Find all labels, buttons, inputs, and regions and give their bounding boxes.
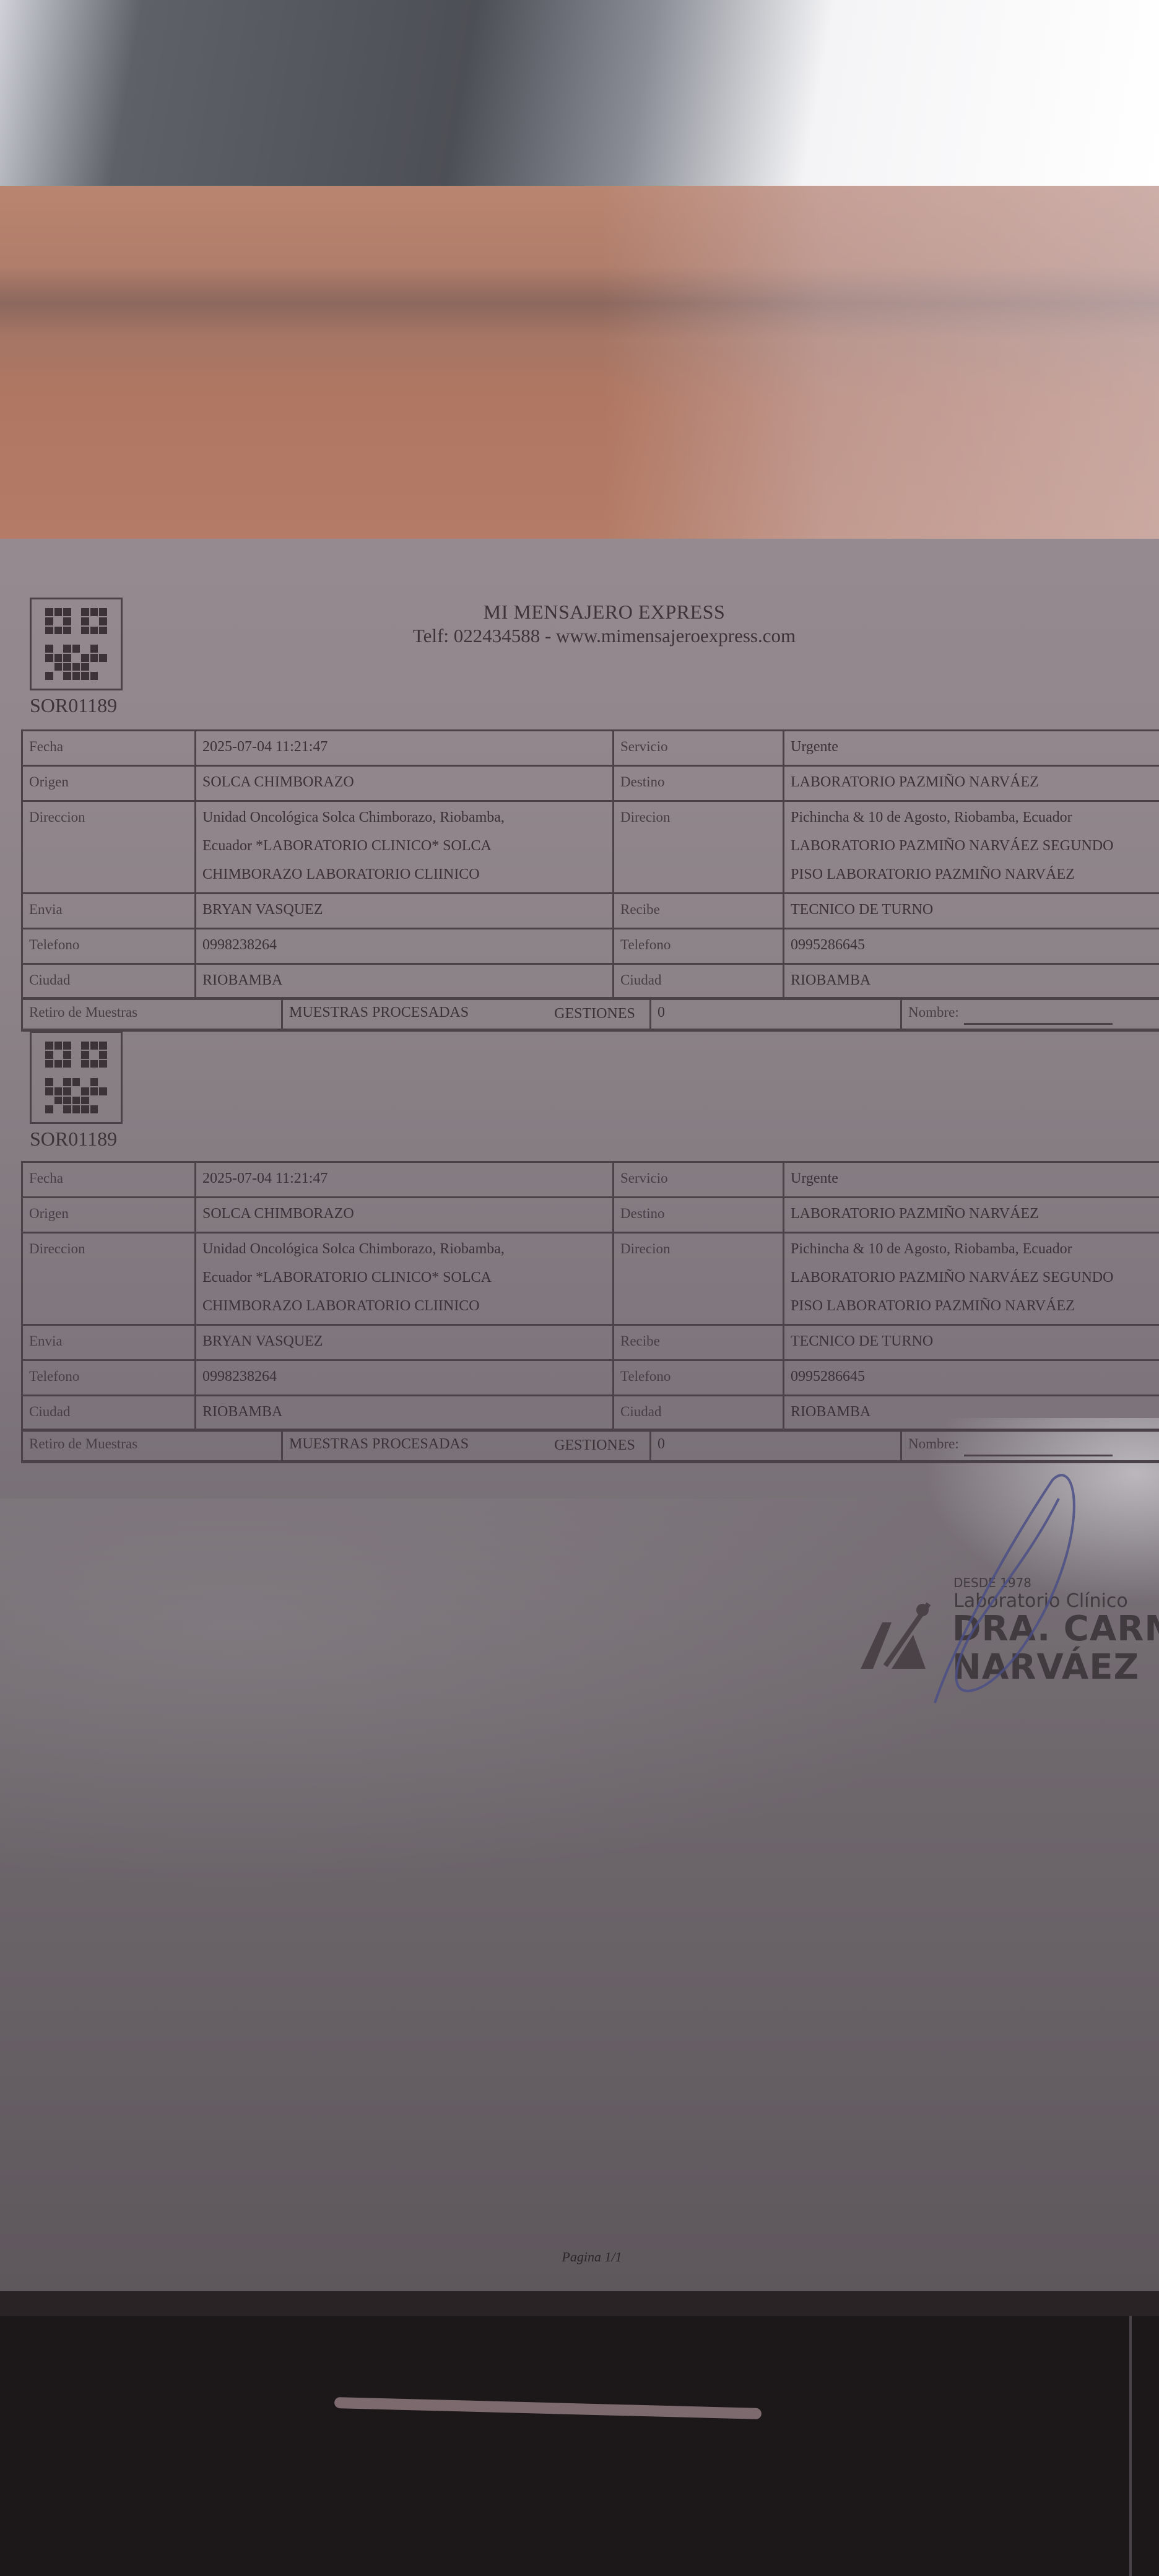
address-line: Ecuador *LABORATORIO CLINICO* SOLCA	[202, 1263, 606, 1292]
fecha-value: 2025-07-04 11:21:47	[196, 1162, 614, 1198]
ciudad-origen-label: Ciudad	[22, 964, 196, 999]
ciudad-origen-label: Ciudad	[22, 1396, 196, 1431]
nombre-label: Nombre:	[908, 1004, 959, 1020]
photo-background-surface	[0, 186, 1159, 545]
table-row: Fecha 2025-07-04 11:21:47 Servicio Urgen…	[22, 1162, 1159, 1198]
company-contact: Telf: 022434588 - www.mimensajeroexpress…	[0, 625, 1159, 647]
telefono-destino-value: 0995286645	[784, 1360, 1159, 1396]
laboratory-logo-icon	[854, 1598, 941, 1672]
direccion-destino-label: Direcion	[614, 801, 784, 894]
ciudad-origen-value: RIOBAMBA	[196, 964, 614, 999]
gestion-cantidad: 0	[651, 1430, 901, 1461]
table-row: Origen SOLCA CHIMBORAZO Destino LABORATO…	[22, 1198, 1159, 1233]
gestion-detalle: MUESTRAS PROCESADAS	[282, 1430, 651, 1461]
shipment-table-2: Fecha 2025-07-04 11:21:47 Servicio Urgen…	[21, 1161, 1159, 1463]
address-line: PISO LABORATORIO PAZMIÑO NARVÁEZ	[791, 1292, 1159, 1320]
address-line: Pichincha & 10 de Agosto, Riobamba, Ecua…	[791, 1235, 1159, 1263]
address-line: PISO LABORATORIO PAZMIÑO NARVÁEZ	[791, 860, 1159, 889]
nombre-label: Nombre:	[908, 1436, 959, 1451]
recibe-label: Recibe	[614, 1325, 784, 1360]
table-row: Fecha 2025-07-04 11:21:47 Servicio Urgen…	[22, 731, 1159, 766]
address-line: Unidad Oncológica Solca Chimborazo, Riob…	[202, 1235, 606, 1263]
qr-code-icon	[45, 1042, 107, 1113]
ciudad-destino-label: Ciudad	[614, 964, 784, 999]
ciudad-destino-value: RIOBAMBA	[784, 1396, 1159, 1431]
origen-value: SOLCA CHIMBORAZO	[196, 766, 614, 801]
servicio-label: Servicio	[614, 1162, 784, 1198]
direccion-destino-value: Pichincha & 10 de Agosto, Riobamba, Ecua…	[784, 801, 1159, 894]
direccion-origen-label: Direccion	[22, 801, 196, 894]
servicio-label: Servicio	[614, 731, 784, 766]
direccion-destino-value: Pichincha & 10 de Agosto, Riobamba, Ecua…	[784, 1233, 1159, 1325]
servicio-value: Urgente	[784, 1162, 1159, 1198]
address-line: Pichincha & 10 de Agosto, Riobamba, Ecua…	[791, 803, 1159, 832]
address-line: Unidad Oncológica Solca Chimborazo, Riob…	[202, 803, 606, 832]
table-row: Ciudad RIOBAMBA Ciudad RIOBAMBA	[22, 1396, 1159, 1431]
shipment-table-1: Fecha 2025-07-04 11:21:47 Servicio Urgen…	[21, 729, 1159, 1032]
origen-label: Origen	[22, 766, 196, 801]
destino-label: Destino	[614, 1198, 784, 1233]
company-name: MI MENSAJERO EXPRESS	[0, 601, 1159, 624]
direccion-origen-value: Unidad Oncológica Solca Chimborazo, Riob…	[196, 801, 614, 894]
qr-code-frame	[30, 1031, 123, 1124]
recibe-label: Recibe	[614, 894, 784, 929]
qr-block-1: SOR01189	[30, 598, 129, 717]
origen-value: SOLCA CHIMBORAZO	[196, 1198, 614, 1233]
bezel-edge	[1129, 2316, 1132, 2576]
table-row: Telefono 0998238264 Telefono 0995286645	[22, 1360, 1159, 1396]
envia-label: Envia	[22, 894, 196, 929]
ciudad-destino-value: RIOBAMBA	[784, 964, 1159, 999]
fecha-value: 2025-07-04 11:21:47	[196, 731, 614, 766]
table-row: Ciudad RIOBAMBA Ciudad RIOBAMBA	[22, 964, 1159, 999]
document-header: MI MENSAJERO EXPRESS Telf: 022434588 - w…	[0, 601, 1159, 647]
address-line: LABORATORIO PAZMIÑO NARVÁEZ SEGUNDO	[791, 832, 1159, 860]
envia-value: BRYAN VASQUEZ	[196, 1325, 614, 1360]
address-line: CHIMBORAZO LABORATORIO CLIINICO	[202, 1292, 606, 1320]
ciudad-origen-value: RIOBAMBA	[196, 1396, 614, 1431]
address-line: Ecuador *LABORATORIO CLINICO* SOLCA	[202, 832, 606, 860]
nombre-field: Nombre:	[901, 1430, 1159, 1461]
photo-background-top	[0, 0, 1159, 198]
ciudad-destino-label: Ciudad	[614, 1396, 784, 1431]
envia-value: BRYAN VASQUEZ	[196, 894, 614, 929]
qr-block-2: SOR01189	[30, 1031, 129, 1151]
table-row: Telefono 0998238264 Telefono 0995286645	[22, 929, 1159, 964]
gestion-detalle: MUESTRAS PROCESADAS	[282, 998, 651, 1030]
table-row: Envia BRYAN VASQUEZ Recibe TECNICO DE TU…	[22, 1325, 1159, 1360]
gestiones-table-1: Retiro de Muestras MUESTRAS PROCESADAS 0…	[21, 997, 1159, 1030]
gestion-tipo: Retiro de Muestras	[22, 1430, 282, 1461]
telefono-destino-label: Telefono	[614, 1360, 784, 1396]
servicio-value: Urgente	[784, 731, 1159, 766]
destino-value: LABORATORIO PAZMIÑO NARVÁEZ	[784, 1198, 1159, 1233]
envia-label: Envia	[22, 1325, 196, 1360]
address-line: LABORATORIO PAZMIÑO NARVÁEZ SEGUNDO	[791, 1263, 1159, 1292]
table-row: Envia BRYAN VASQUEZ Recibe TECNICO DE TU…	[22, 894, 1159, 929]
table-row: Direccion Unidad Oncológica Solca Chimbo…	[22, 801, 1159, 894]
destino-label: Destino	[614, 766, 784, 801]
nombre-field: Nombre:	[901, 998, 1159, 1030]
telefono-origen-value: 0998238264	[196, 1360, 614, 1396]
signature-icon	[929, 1461, 1090, 1709]
table-row: Direccion Unidad Oncológica Solca Chimbo…	[22, 1233, 1159, 1325]
reference-number: SOR01189	[30, 1128, 129, 1151]
surface-glare	[602, 186, 1159, 545]
recibe-value: TECNICO DE TURNO	[784, 894, 1159, 929]
phone-bezel	[0, 2316, 1159, 2576]
gestiones-table-2: Retiro de Muestras MUESTRAS PROCESADAS 0…	[21, 1429, 1159, 1462]
page-number: Pagina 1/1	[0, 2249, 1159, 2265]
table-row: Retiro de Muestras MUESTRAS PROCESADAS 0…	[22, 998, 1159, 1030]
origen-label: Origen	[22, 1198, 196, 1233]
qr-code-frame	[30, 598, 123, 690]
recibe-value: TECNICO DE TURNO	[784, 1325, 1159, 1360]
gestion-cantidad: 0	[651, 998, 901, 1030]
nombre-blank-line	[964, 1023, 1113, 1025]
telefono-origen-label: Telefono	[22, 1360, 196, 1396]
address-line: CHIMBORAZO LABORATORIO CLIINICO	[202, 860, 606, 889]
telefono-destino-label: Telefono	[614, 929, 784, 964]
direccion-origen-value: Unidad Oncológica Solca Chimborazo, Riob…	[196, 1233, 614, 1325]
table-row: Retiro de Muestras MUESTRAS PROCESADAS 0…	[22, 1430, 1159, 1461]
direccion-destino-label: Direcion	[614, 1233, 784, 1325]
telefono-origen-value: 0998238264	[196, 929, 614, 964]
destino-value: LABORATORIO PAZMIÑO NARVÁEZ	[784, 766, 1159, 801]
telefono-origen-label: Telefono	[22, 929, 196, 964]
reference-number: SOR01189	[30, 694, 129, 717]
telefono-destino-value: 0995286645	[784, 929, 1159, 964]
fecha-label: Fecha	[22, 1162, 196, 1198]
nombre-blank-line	[964, 1455, 1113, 1456]
fecha-label: Fecha	[22, 731, 196, 766]
gestion-tipo: Retiro de Muestras	[22, 998, 282, 1030]
direccion-origen-label: Direccion	[22, 1233, 196, 1325]
table-row: Origen SOLCA CHIMBORAZO Destino LABORATO…	[22, 766, 1159, 801]
qr-code-icon	[45, 608, 107, 680]
